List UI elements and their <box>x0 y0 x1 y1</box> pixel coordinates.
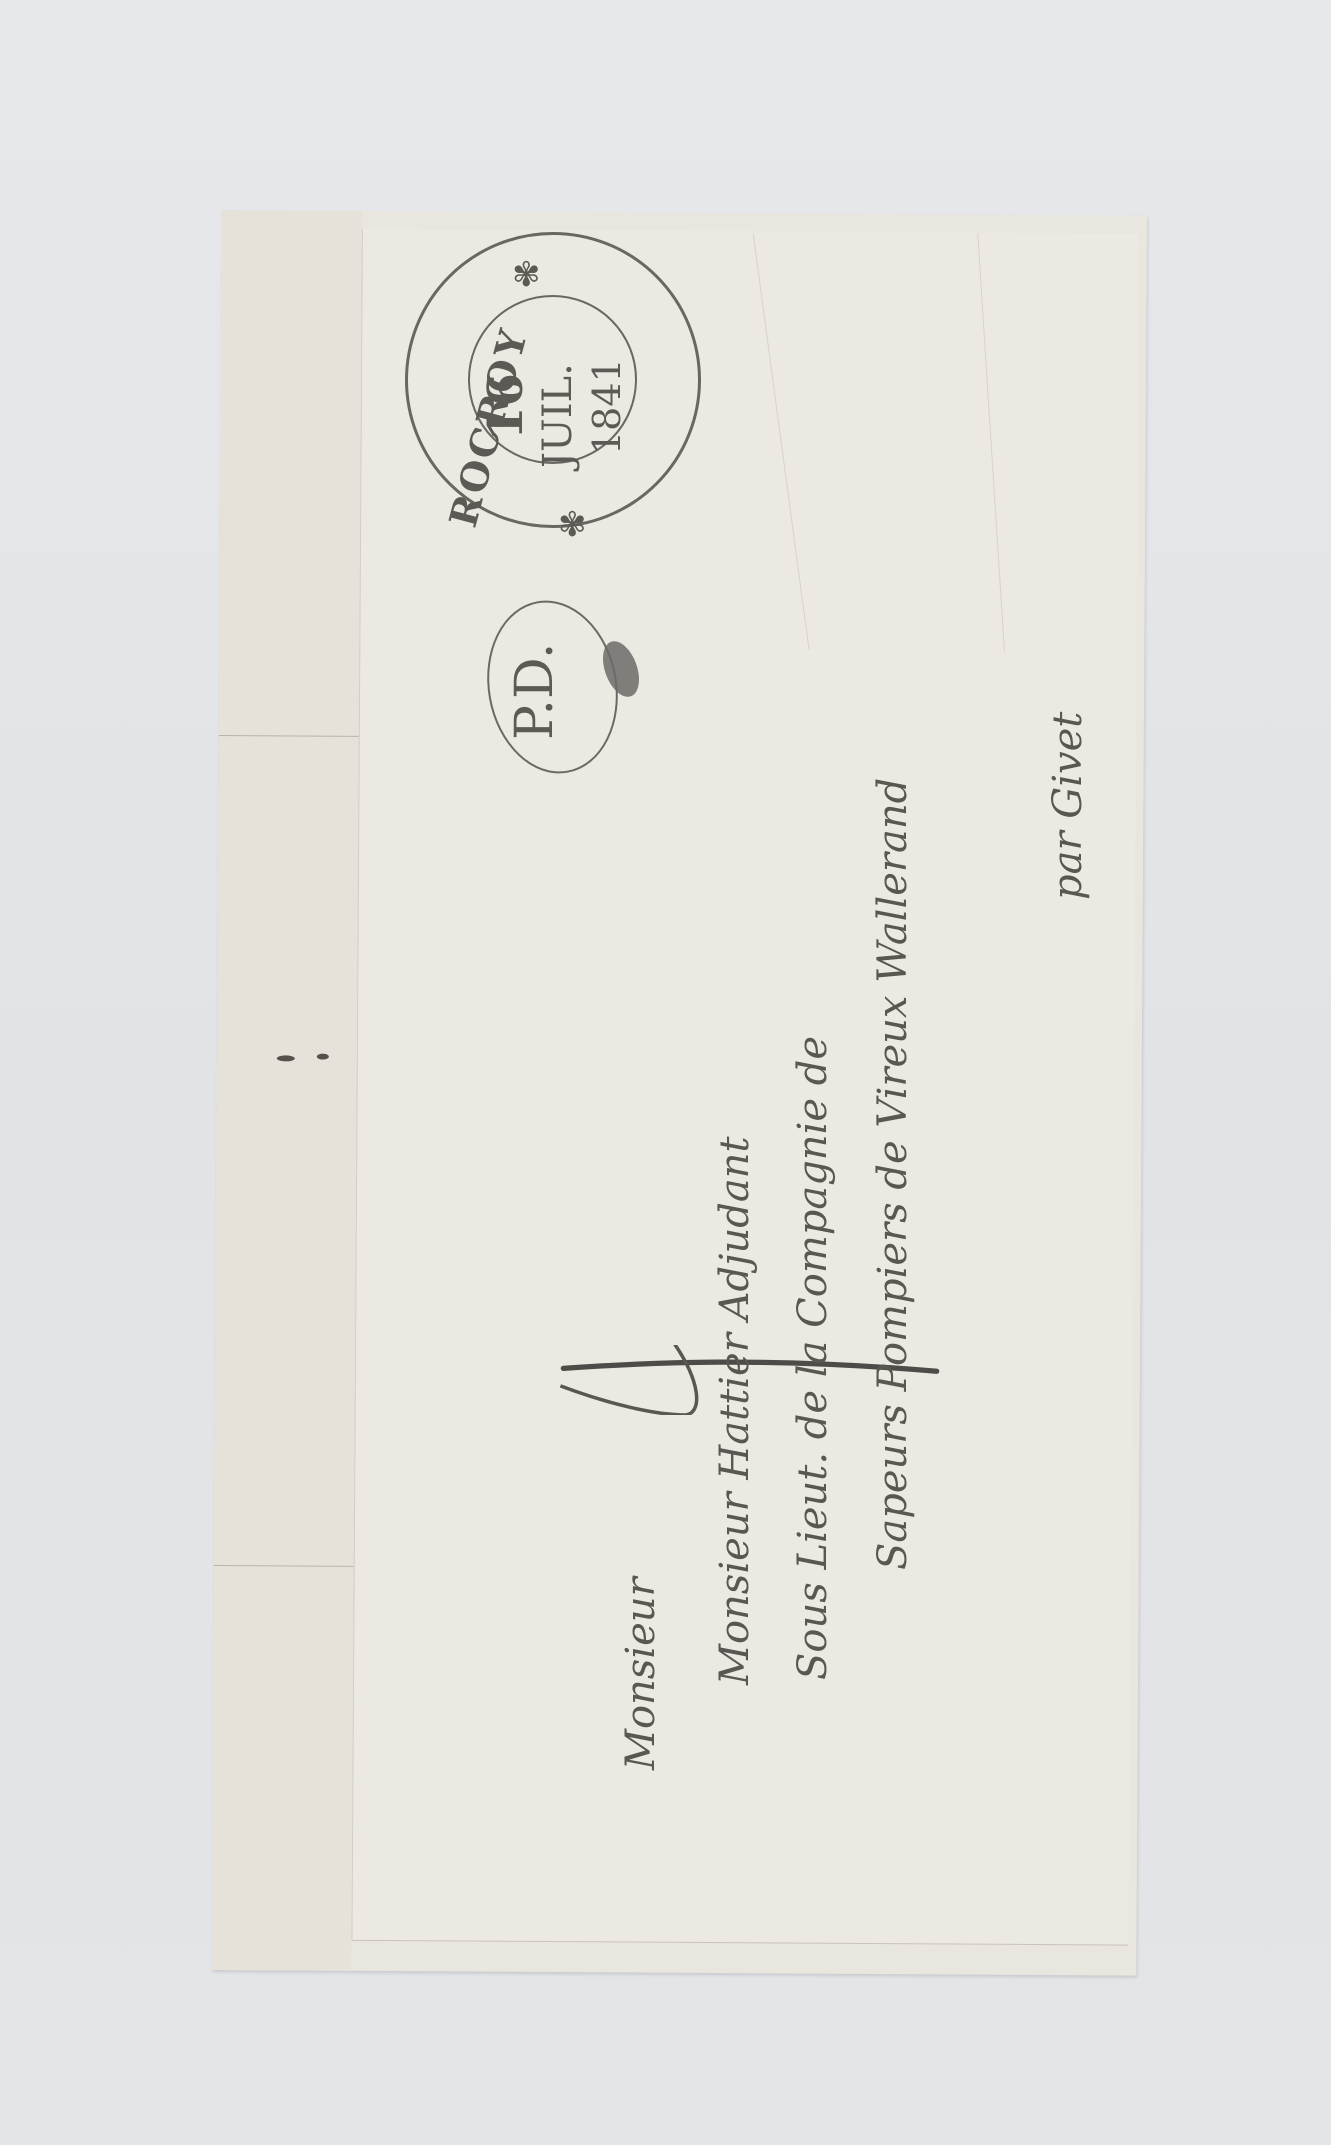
folded-letter <box>211 210 1147 1976</box>
postmark-month: JUIL. <box>535 363 581 468</box>
address-line-5: par Givet <box>1045 712 1091 900</box>
fleuron-icon: ✾ <box>512 255 541 295</box>
postmark-day: 16 <box>478 373 534 440</box>
paper-tear <box>317 1054 329 1060</box>
address-line-2: Monsieur Hattier Adjudant <box>712 1136 758 1685</box>
paper-tear <box>277 1055 295 1061</box>
address-line-4: Sapeurs Pompiers de Vireux Wallerand <box>870 778 916 1570</box>
pd-stamp-text: P.D. <box>505 643 565 740</box>
paper-crease <box>219 735 359 737</box>
address-line-3: Sous Lieut. de la Compagnie de <box>790 1036 836 1680</box>
paper-crease <box>214 1565 354 1567</box>
left-fold-flap <box>211 210 362 1971</box>
fleuron-icon: ✾ <box>558 505 587 545</box>
postmark-year: 1841 <box>585 358 629 455</box>
address-line-1: Monsieur <box>618 1577 664 1770</box>
